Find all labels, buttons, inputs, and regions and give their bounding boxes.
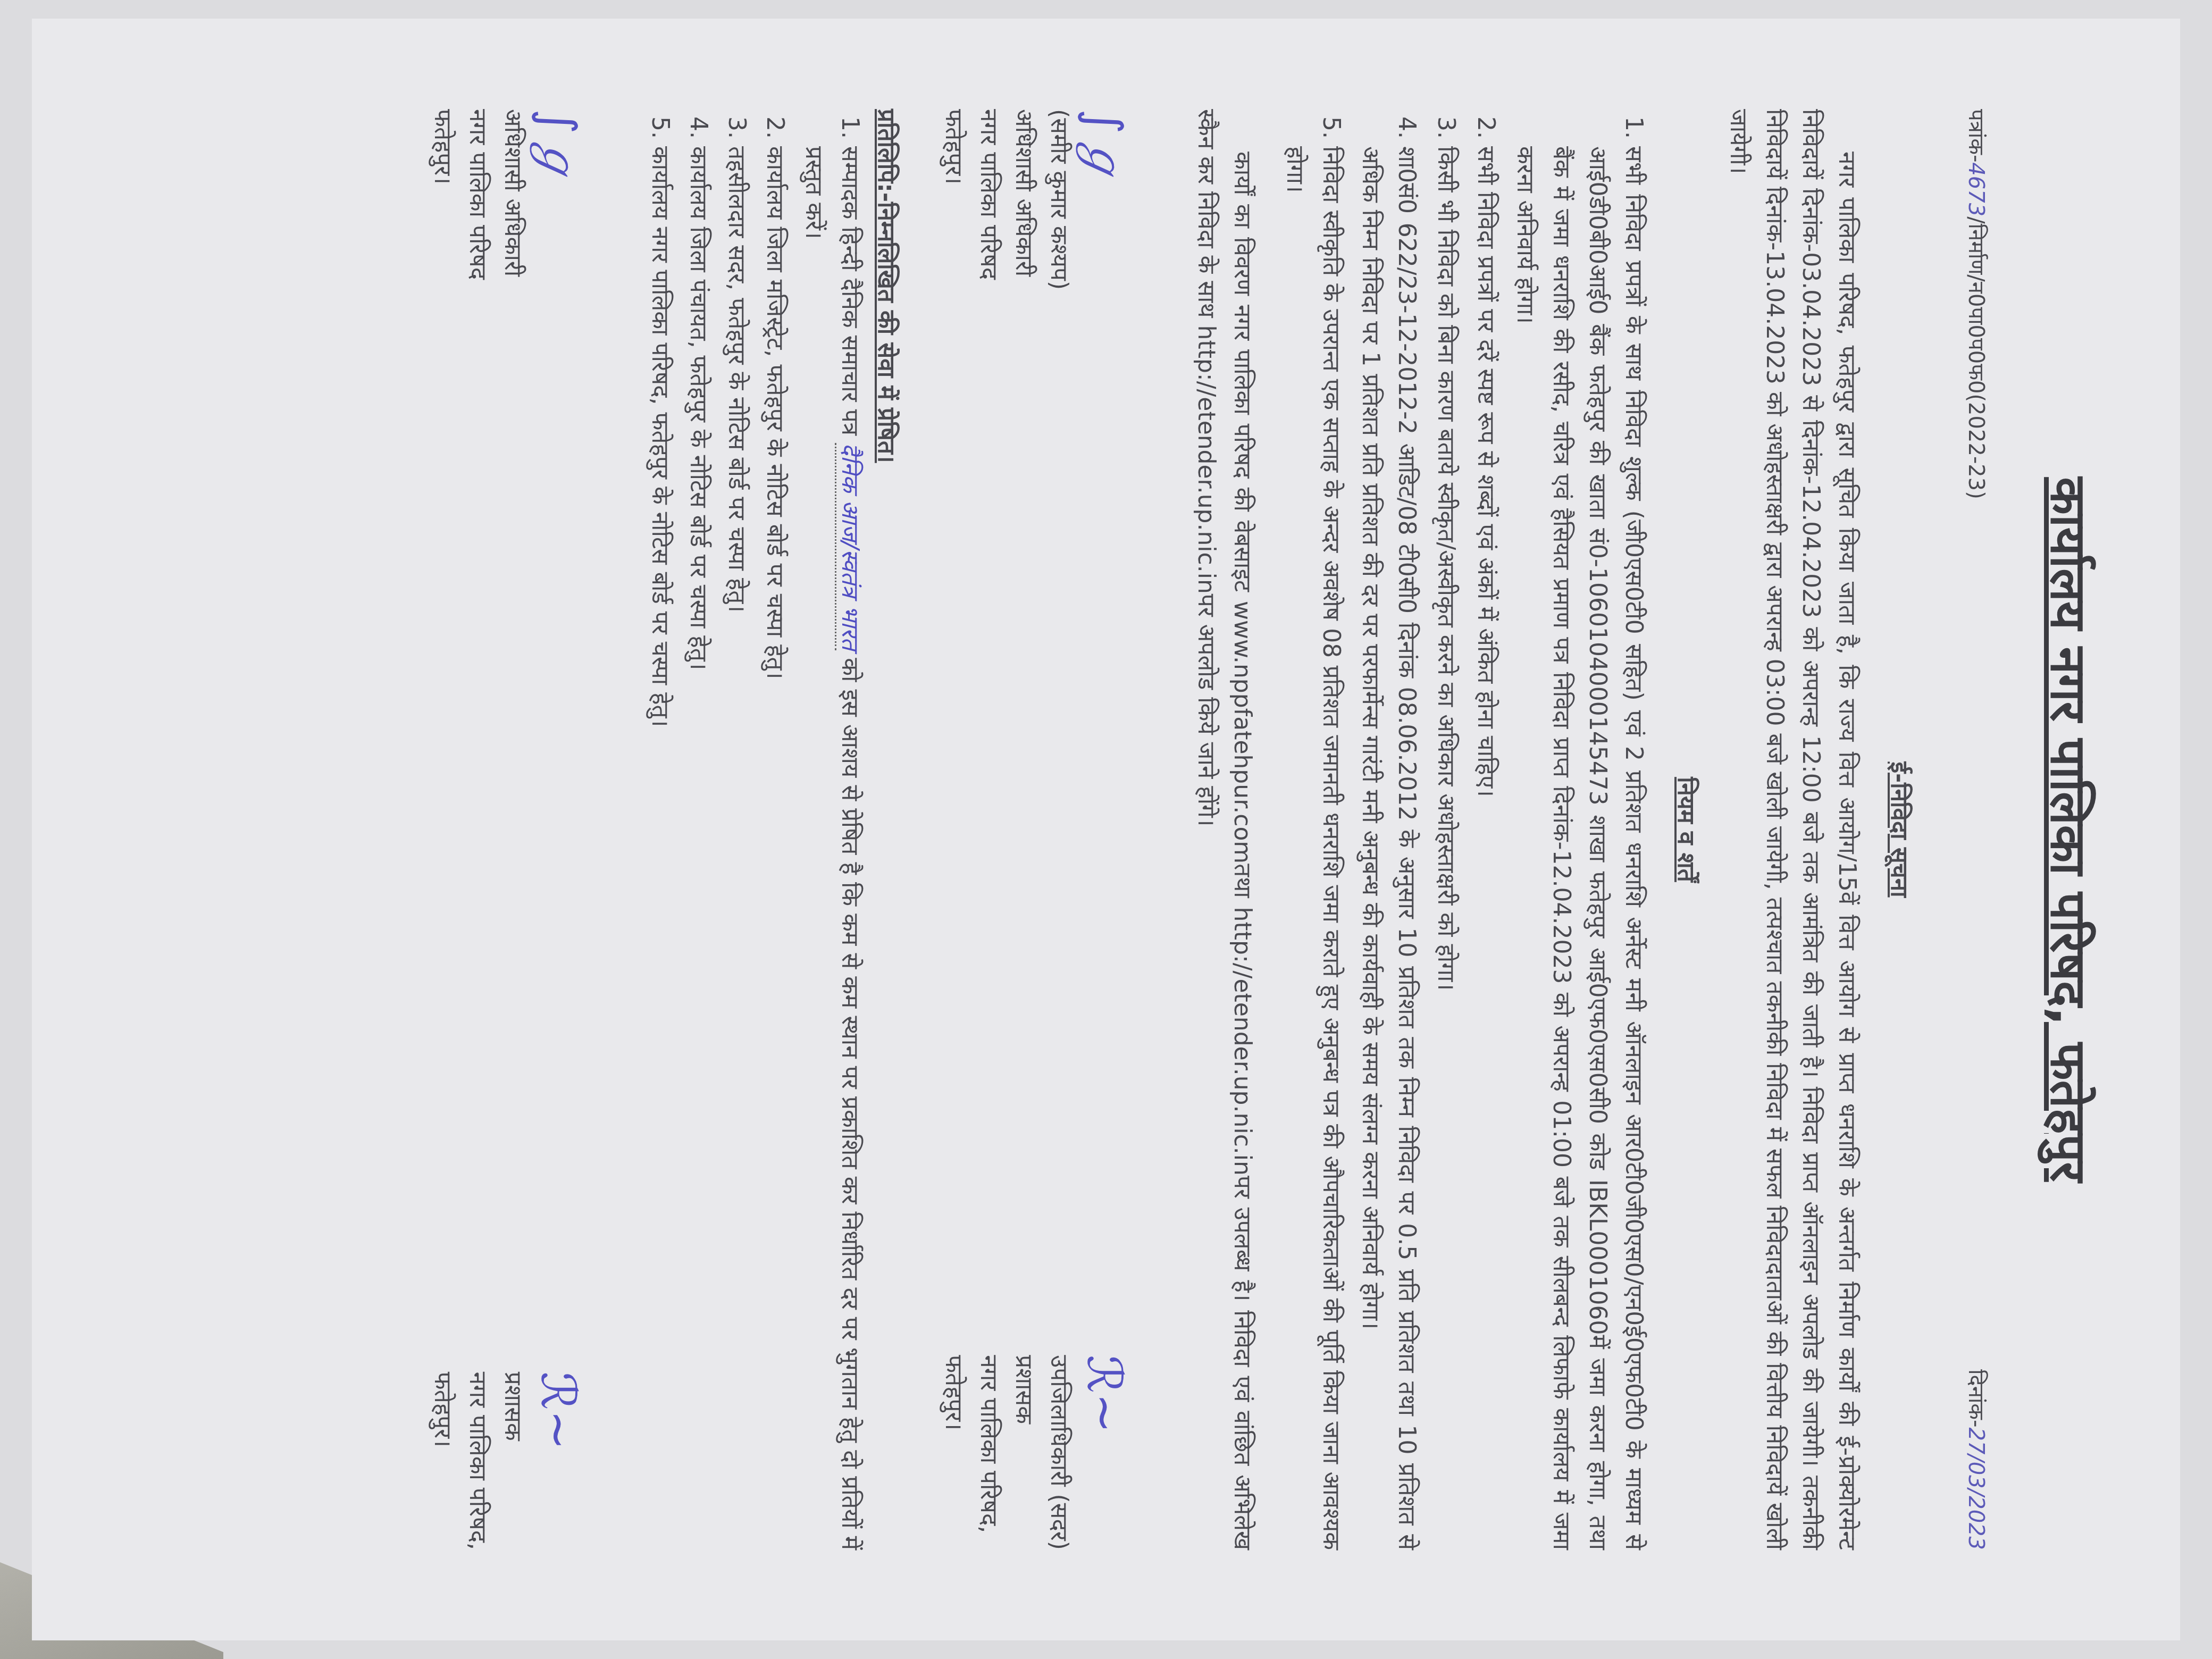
signatory-office: नगर पालिका परिषद [971,109,1006,290]
notice-body: नगर पालिका परिषद, फतेहपुर द्वारा सूचित क… [1720,109,1865,1550]
signatory-left: ∫ℊ (समीर कुमार कश्यप) अधिशासी अधिकारी नग… [936,109,1140,290]
signature-row: ∫ℊ (समीर कुमार कश्यप) अधिशासी अधिकारी नग… [936,109,1140,1550]
cc-list: सम्पादक हिन्दी दैनिक समाचार पत्र दैनिक आ… [642,109,868,1550]
notice-heading: ई-निविदा सूचना [1881,109,1917,1550]
term-item: सभी निविदा प्रपत्रों के साथ निविदा शुल्क… [1507,146,1652,1550]
signatory-designation: अधिशासी अधिकारी [495,109,530,280]
office-title: कार्यालय नगर पालिका परिषद, फतेहपुर [2030,109,2106,1550]
term-item: शा0सं0 622/23-12-2012-2 आडिट/08 टी0सी0 द… [1352,146,1425,1550]
cc-item: कार्यालय जिला मजिस्ट्रेट, फतेहपुर के नोट… [757,146,793,1550]
signatory-role: प्रशासक [495,1372,530,1550]
signatory-role: प्रशासक [1006,1355,1041,1550]
ref-number: 4673 [1964,162,1988,216]
signatory-place: फतेहपुर। [425,1372,460,1550]
bottom-signature-row: ∫ℊ अधिशासी अधिकारी नगर पालिका परिषद फतेह… [425,109,594,1550]
signatory-place: फतेहपुर। [936,1355,971,1550]
date-prefix: दिनांक- [1964,1369,1988,1427]
signatory-place: फतेहपुर। [936,109,971,290]
cc-item-text: सम्पादक हिन्दी दैनिक समाचार पत्र [836,146,864,435]
term-item: सभी निविदा प्रपत्रों पर दरें स्पष्ट रूप … [1467,146,1503,1550]
date-value: 27/03/2023 [1964,1427,1988,1550]
letter-date: दिनांक-27/03/2023 [1959,1369,1992,1550]
signatory-office: नगर पालिका परिषद, [971,1355,1006,1550]
signatory-office: नगर पालिका परिषद, [460,1372,495,1550]
signatory-right: ℛ~ उपजिलाधिकारी (सदर) प्रशासक नगर पालिका… [936,1355,1140,1550]
cc-item: सम्पादक हिन्दी दैनिक समाचार पत्र दैनिक आ… [795,146,867,1550]
term-item: किसी भी निविदा को बिना कारण बताये स्वीकृ… [1428,146,1464,1550]
signature-mark: ∫ℊ [530,109,594,280]
signature-mark: ∫ℊ [1076,109,1140,290]
cc-heading: प्रतिलिपि:-निम्नलिखित की सेवा में प्रेषि… [868,109,904,1550]
newspaper-name: दैनिक आज/स्वतंत्र भारत [835,443,864,650]
notice-page: कार्यालय नगर पालिका परिषद, फतेहपुर पत्रा… [32,19,2180,1640]
signatory-office: नगर पालिका परिषद [460,109,495,280]
ref-prefix: पत्रांक- [1964,109,1988,162]
signatory-place: फतेहपुर। [425,109,460,280]
signatory-name: (समीर कुमार कश्यप) [1041,109,1076,290]
signature-mark: ℛ~ [530,1372,594,1550]
cc-item: तहसीलदार सदर, फतेहपुर के नोटिस बोर्ड पर … [718,146,755,1550]
reference-line: पत्रांक-4673/निर्माण/न0पा0प0फ0(2022-23) … [1959,109,1992,1550]
signature-mark: ℛ~ [1076,1355,1140,1550]
bottom-signatory-right: ℛ~ प्रशासक नगर पालिका परिषद, फतेहपुर। [425,1372,594,1550]
terms-list: सभी निविदा प्रपत्रों के साथ निविदा शुल्क… [1276,109,1652,1550]
terms-heading: नियम व शर्तें [1668,109,1704,1550]
cc-item: कार्यालय जिला पंचायत, फतेहपुर के नोटिस ब… [680,146,716,1550]
ref-suffix: /निर्माण/न0पा0प0फ0(2022-23) [1964,216,1988,499]
bottom-signatory-left: ∫ℊ अधिशासी अधिकारी नगर पालिका परिषद फतेह… [425,109,594,280]
works-detail: कार्यों का विवरण नगर पालिका परिषद की वेब… [1188,109,1260,1550]
cc-item: कार्यालय नगर पालिका परिषद, फतेहपुर के नो… [642,146,678,1550]
signatory-designation: अधिशासी अधिकारी [1006,109,1041,290]
letter-number: पत्रांक-4673/निर्माण/न0पा0प0फ0(2022-23) [1959,109,1992,499]
term-item: निविदा स्वीकृति के उपरान्त एक सप्ताह के … [1276,146,1348,1550]
signatory-designation: उपजिलाधिकारी (सदर) [1041,1355,1076,1550]
